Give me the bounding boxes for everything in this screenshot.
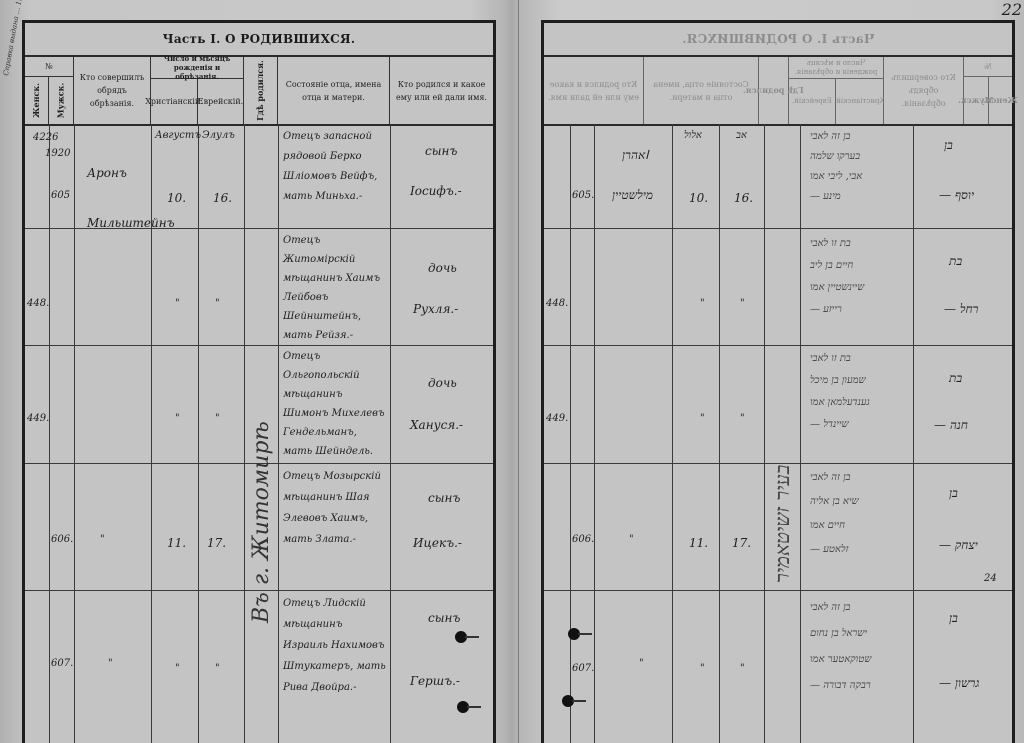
day-christian: " <box>700 293 705 314</box>
header-male: Мужск. <box>49 77 74 124</box>
margin-number: 24 <box>984 568 997 589</box>
month-hebrew: אלול <box>684 125 702 146</box>
header-child: Кто родился и какое ему или ей дали имя. <box>544 57 644 124</box>
header-jewish: Еврейскій. <box>789 79 836 124</box>
child-sex-hebrew: בת <box>949 251 962 272</box>
child-name: Рухля.- <box>413 299 458 320</box>
child-sex: сынъ <box>425 141 457 162</box>
row-rule <box>25 345 493 346</box>
performed-by: Аронъ Мильштейнъ <box>87 148 147 248</box>
female-number: 449. <box>27 408 49 429</box>
child-name-hebrew: — רחל <box>944 299 978 320</box>
parents-hebrew: בן זה לאבי ישראל בן נחום שטוקאטער אמו — … <box>810 595 871 699</box>
header-birthplace: Гдѣ родился. <box>759 57 789 124</box>
parents-hebrew: בן זה לאבי בערקו שלמה אבי, ליבי אמו — מי… <box>810 127 862 207</box>
row-rule <box>544 345 1012 346</box>
header-performed-by: Кто совершилъ обрядъ обрѣзанія. <box>74 57 151 124</box>
child-name: Іосифъ.- <box>410 181 462 202</box>
header-number: № <box>25 57 74 77</box>
header-jewish: Еврейскій. <box>198 79 244 124</box>
performed-by: " <box>629 529 634 550</box>
header-christian: Христіанскій. <box>151 79 198 124</box>
column-rule <box>800 124 801 743</box>
child-name: Ицекъ.- <box>413 533 462 554</box>
header-birthplace: Гдѣ родился. <box>244 57 278 124</box>
header-date-group: Число и мѣсяцъ рожденія и обрѣзанія. <box>789 57 884 79</box>
performed-by-hebrew: ﺍ‏אהרן <box>622 145 649 166</box>
day-jewish: " <box>740 658 745 679</box>
day-jewish: " <box>740 408 745 429</box>
day-christian: " <box>175 408 180 429</box>
column-rule <box>390 124 391 743</box>
day-christian: 11. <box>689 533 708 554</box>
column-rule <box>74 124 75 743</box>
day-jewish: 16. <box>213 188 232 209</box>
parents: Отецъ Мозырскій мѣщанинъ Шая Элевовъ Хаи… <box>283 466 388 550</box>
column-rule <box>570 124 571 743</box>
parents: Отецъ Лидскій мѣщанинъ Израиль Нахимовъ … <box>283 593 388 698</box>
day-christian: " <box>700 408 705 429</box>
day-christian: " <box>175 658 180 679</box>
day-jewish: 17. <box>732 533 751 554</box>
day-christian: " <box>700 658 705 679</box>
day-jewish: 16. <box>734 188 753 209</box>
right-page: Часть I. О РОДИВШИХСЯ. Кто родился и как… <box>541 20 1015 743</box>
day-jewish: " <box>215 408 220 429</box>
header-parents: Состояніе отца, имена отца и матери. <box>278 57 390 124</box>
female-number: 448. <box>546 293 568 314</box>
ink-blot <box>568 628 580 640</box>
column-rule <box>719 124 720 743</box>
child-sex-hebrew: בן <box>949 608 958 629</box>
child-sex-hebrew: בן <box>944 135 953 156</box>
male-number: 605. <box>572 185 594 206</box>
column-rule <box>244 124 245 743</box>
child-sex-hebrew: בן <box>949 483 958 504</box>
header-number: № <box>964 57 1012 77</box>
column-rule <box>49 124 50 743</box>
ink-blot <box>455 631 467 643</box>
parents: Отецъ Ольгопольскій мѣщанинъ Шимонъ Михе… <box>283 347 388 461</box>
header-performed-by: Кто совершилъ обрядъ обрѣзанія. <box>884 57 964 124</box>
male-number: 605 <box>51 185 70 206</box>
header-date-group: Число и мѣсяцъ рожденія и обрѣзанія. <box>151 57 244 79</box>
child-name: Хануся.- <box>410 415 463 436</box>
child-name-hebrew: — יוסף <box>939 185 974 206</box>
day-christian: " <box>175 293 180 314</box>
child-sex: сынъ <box>428 608 460 629</box>
row-rule <box>544 590 1012 591</box>
day-christian: 11. <box>167 533 186 554</box>
male-number: 606. <box>51 529 73 550</box>
header-child: Кто родился и какое ему или ей дали имя. <box>390 57 493 124</box>
ink-blot <box>562 695 574 707</box>
male-number: 607. <box>51 653 73 674</box>
column-rule <box>672 124 673 743</box>
table-header: № Женск. Мужск. Кто совершилъ обрядъ обр… <box>25 57 493 126</box>
parents: Отецъ Житомірскій мѣщанинъ Хаимъ Лейбовъ… <box>283 231 388 345</box>
column-rule <box>278 124 279 743</box>
page-number: 22 <box>1002 0 1022 19</box>
header-female: Женск. <box>989 77 1012 124</box>
male-number: 606. <box>572 529 594 550</box>
parents-hebrew: בן זה לאבי שיא בן אליה חיים אמו — זלאטע <box>810 466 859 562</box>
child-name-hebrew: — יצחק <box>939 535 978 556</box>
day-jewish: " <box>215 658 220 679</box>
column-rule <box>594 124 595 743</box>
page-title: Часть I. О РОДИВШИХСЯ. <box>25 23 493 57</box>
day-christian: 10. <box>167 188 186 209</box>
parents-hebrew: בת זו לאבי שמעון בן מיכל גענדעלמאן אמו —… <box>810 348 870 436</box>
performed-by-hebrew: מילשטיין <box>612 185 653 206</box>
header-christian: Христіанскій. <box>836 79 884 124</box>
ink-blot <box>457 701 469 713</box>
birthplace-vertical-hebrew: בעיר זשיטאמיר <box>770 465 795 583</box>
birthplace-vertical: Въ г. Житомирѣ <box>249 421 274 623</box>
child-sex-hebrew: בת <box>949 368 962 389</box>
performed-by: " <box>639 653 644 674</box>
child-name-hebrew: — חנה <box>934 415 968 436</box>
column-rule <box>764 124 765 743</box>
child-name-hebrew: — גרשון <box>939 673 979 694</box>
book-gutter <box>518 0 519 743</box>
child-sex: сынъ <box>428 488 460 509</box>
row-rule <box>544 228 1012 229</box>
day-jewish: " <box>215 293 220 314</box>
day-jewish: " <box>740 293 745 314</box>
parents-hebrew: בת זו לאבי חיים בן ליב שיינשטיין אמו — ר… <box>810 233 864 321</box>
female-number: 449. <box>546 408 568 429</box>
left-page: Часть I. О РОДИВШИХСЯ. № Женск. Мужск. К… <box>22 20 496 743</box>
archive-ref-bottom: 1920 <box>45 143 70 164</box>
header-female: Женск. <box>25 77 49 124</box>
month-jewish: Элулъ <box>202 125 235 146</box>
table-header-mirrored: Кто родился и какое ему или ей дали имя.… <box>544 57 1012 126</box>
day-jewish: 17. <box>207 533 226 554</box>
child-name: Гершъ.- <box>410 671 460 692</box>
performed-by: " <box>100 529 105 550</box>
page-title-mirrored: Часть I. О РОДИВШИХСЯ. <box>544 23 1012 57</box>
child-sex: дочь <box>428 258 457 279</box>
child-sex: дочь <box>428 373 457 394</box>
male-number: 607. <box>572 658 594 679</box>
column-rule <box>913 124 914 743</box>
month-hebrew: אב <box>736 125 747 146</box>
parents: Отецъ запасной рядовой Берко Шлiомовъ Ве… <box>283 127 388 207</box>
month-christian: Августъ <box>155 125 201 146</box>
day-christian: 10. <box>689 188 708 209</box>
column-rule <box>198 124 199 743</box>
female-number: 448. <box>27 293 49 314</box>
performed-by: " <box>108 653 113 674</box>
